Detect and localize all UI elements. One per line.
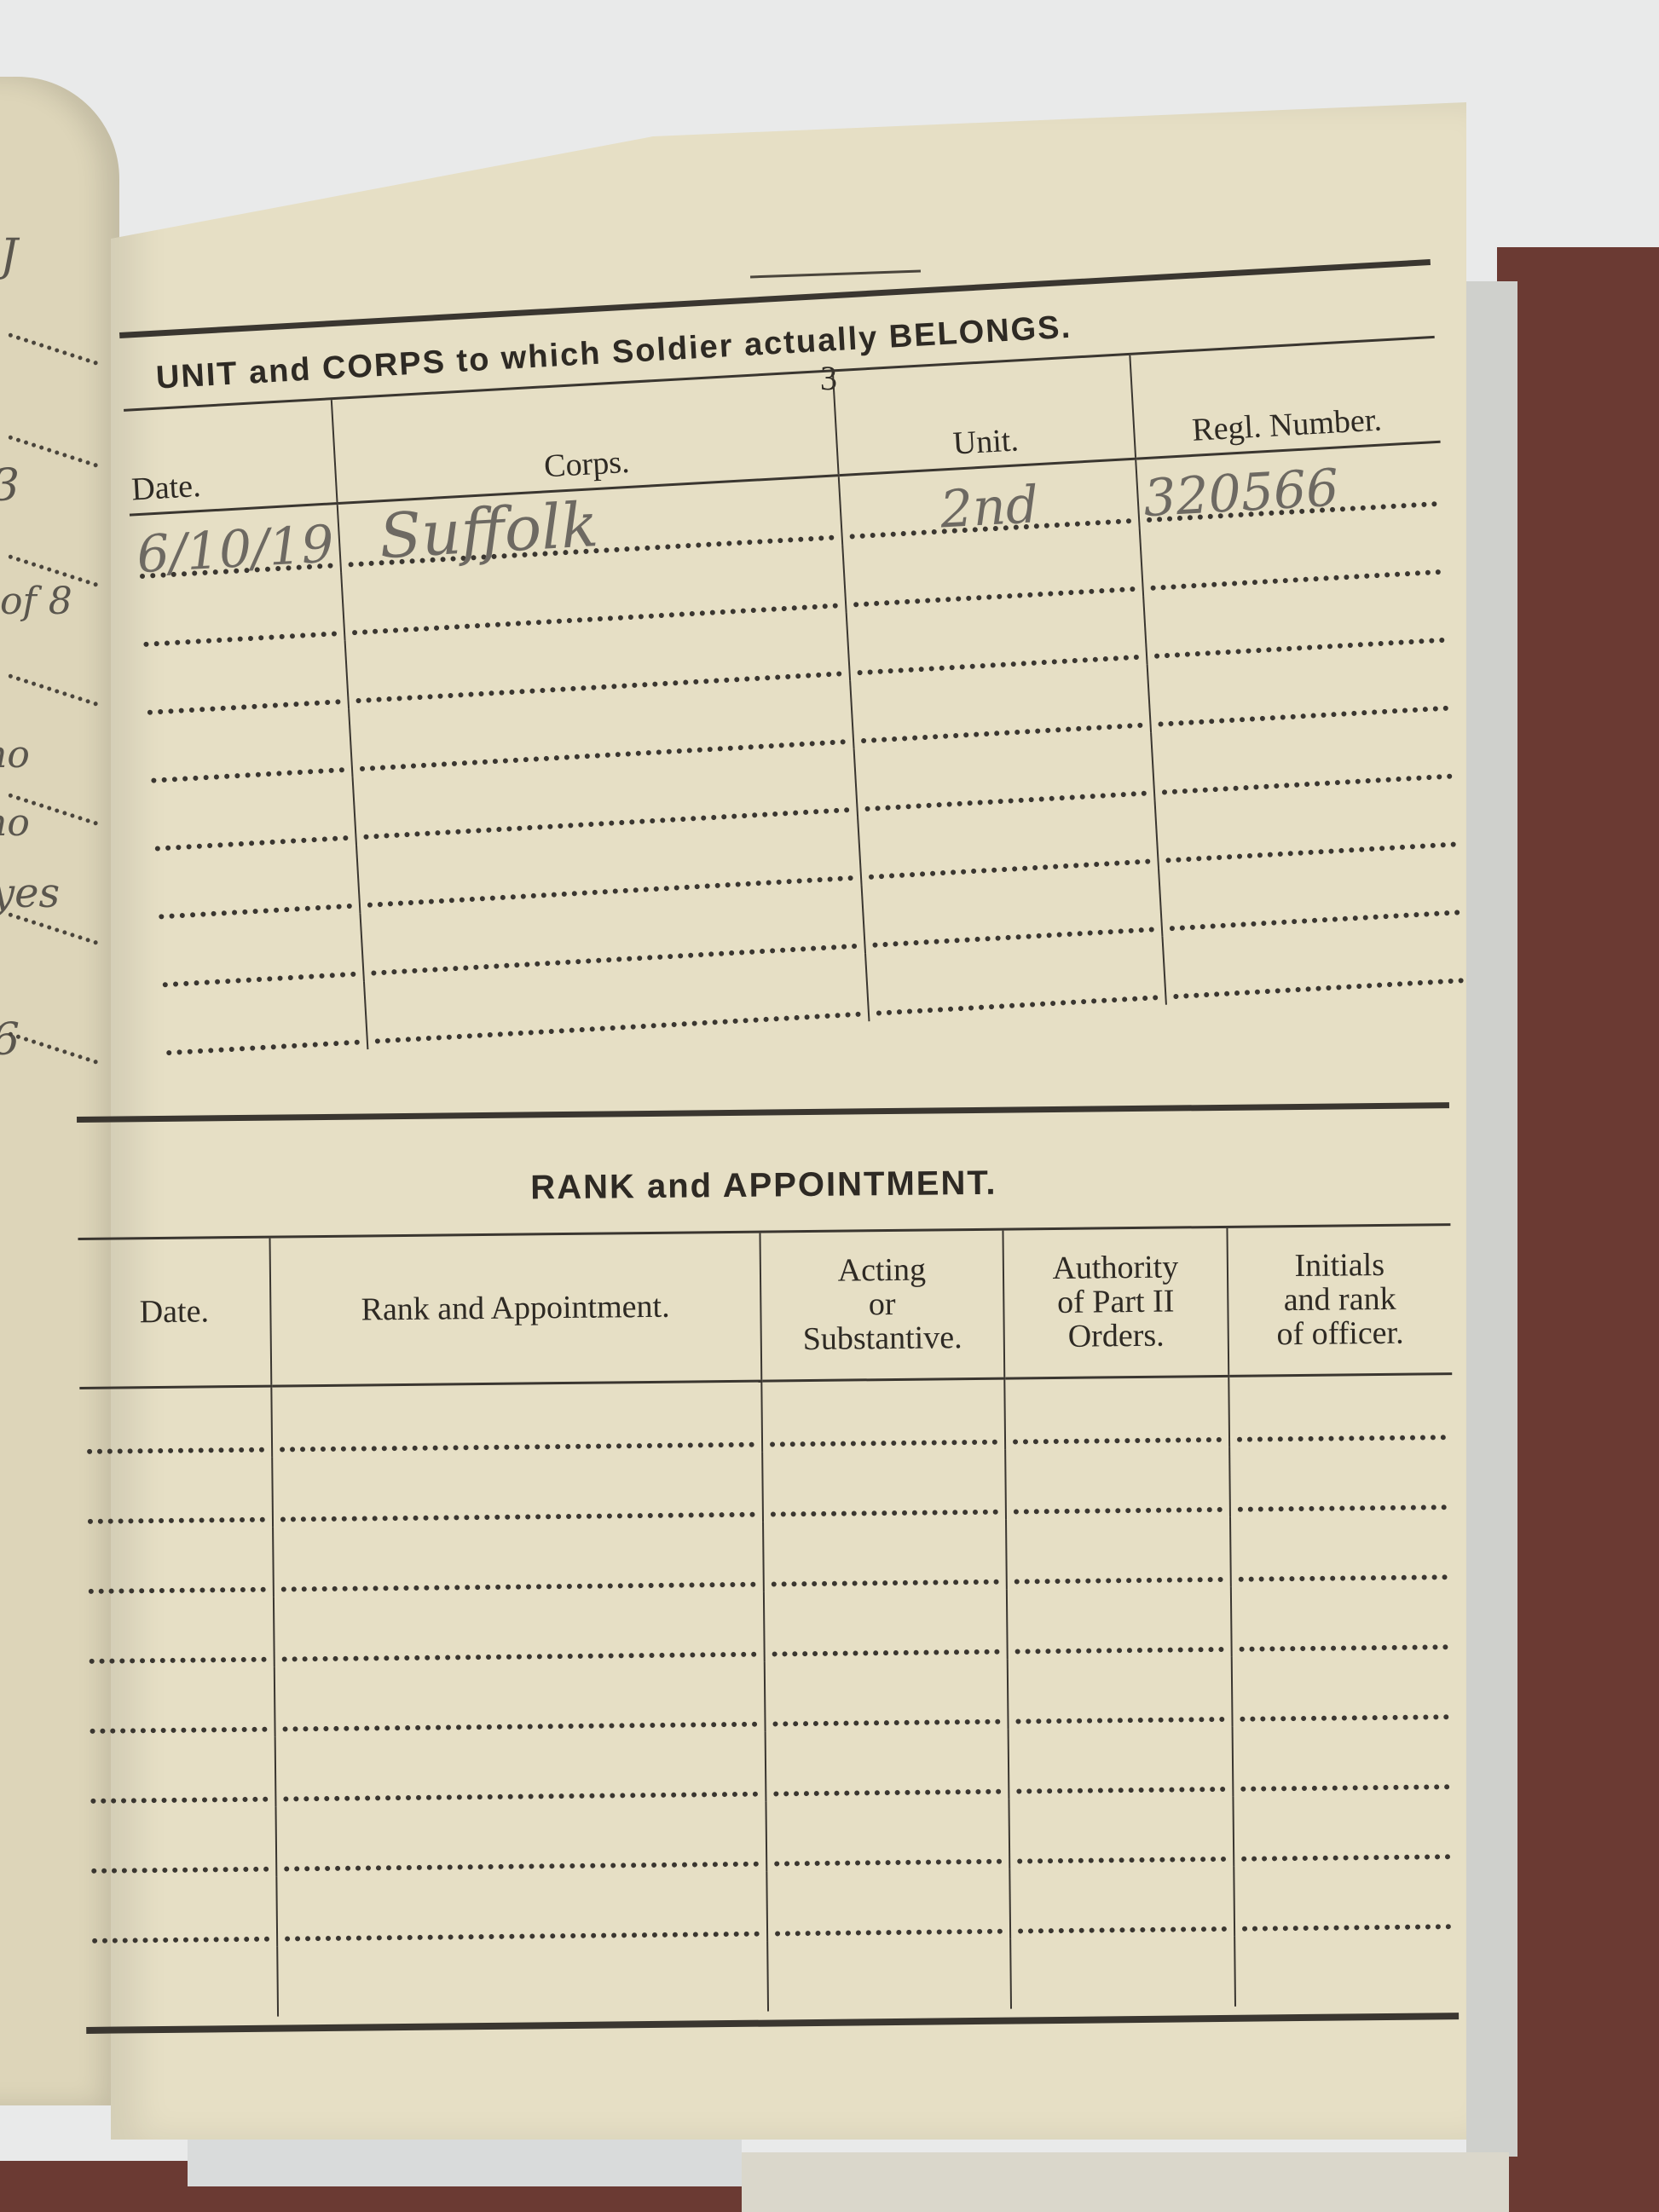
date-cell[interactable] — [148, 845, 360, 925]
dotted-line — [8, 435, 98, 468]
authority-cell[interactable] — [1008, 1657, 1232, 1730]
acting-cell[interactable] — [766, 1869, 1011, 1942]
date-cell[interactable] — [156, 981, 367, 1061]
left-handwriting: no — [0, 801, 30, 845]
date-cell[interactable] — [134, 573, 345, 653]
date-cell[interactable] — [141, 709, 352, 789]
acting-cell[interactable] — [763, 1520, 1008, 1592]
authority-cell[interactable] — [1006, 1517, 1230, 1590]
date-cell[interactable]: 6/10/19 — [130, 504, 341, 585]
header-initials: Initialsand rankof officer. — [1227, 1226, 1452, 1376]
left-handwriting: of 8 — [0, 580, 72, 623]
initials-cell[interactable] — [1234, 1864, 1458, 1937]
page-edges — [1466, 281, 1517, 2157]
left-handwriting: J — [0, 230, 18, 281]
date-cell[interactable] — [80, 1458, 273, 1529]
header-rank: Rank and Appointment. — [269, 1233, 760, 1387]
header-date: Date. — [78, 1239, 272, 1389]
rank-appointment-section: RANK and APPOINTMENT. Date. Rank and App… — [77, 1102, 1459, 2020]
left-handwriting: 6 — [0, 1014, 20, 1066]
authority-cell[interactable] — [1005, 1447, 1229, 1520]
dotted-line — [8, 332, 98, 366]
date-cell[interactable] — [145, 777, 356, 858]
acting-cell[interactable] — [762, 1450, 1007, 1522]
unit-value: 2nd — [939, 475, 1040, 540]
left-handwriting: yes — [0, 869, 60, 917]
table-header: Date. Rank and Appointment. ActingorSubs… — [78, 1226, 1453, 1388]
left-handwriting: 3 — [0, 460, 20, 511]
authority-cell[interactable] — [1010, 1867, 1234, 1939]
rank-cell[interactable] — [273, 1522, 764, 1597]
header-authority: Authorityof Part IIOrders. — [1003, 1228, 1228, 1378]
dotted-line — [8, 1031, 98, 1065]
under-strip — [188, 2135, 742, 2186]
date-cell[interactable] — [84, 1737, 276, 1809]
rank-cell[interactable] — [275, 1802, 766, 1877]
book-cover — [1497, 247, 1659, 2212]
acting-cell[interactable] — [763, 1590, 1008, 1662]
date-cell[interactable] — [79, 1386, 272, 1459]
acting-cell[interactable] — [765, 1730, 1009, 1802]
date-cell[interactable] — [83, 1667, 275, 1739]
rank-cell[interactable] — [275, 1732, 766, 1807]
header-date: Date. — [124, 400, 338, 515]
date-cell[interactable] — [82, 1597, 275, 1669]
initials-cell[interactable] — [1230, 1585, 1454, 1657]
date-cell[interactable] — [81, 1528, 274, 1599]
unit-corps-section: UNIT and CORPS to which Soldier actually… — [119, 259, 1475, 1124]
initials-cell[interactable] — [1233, 1794, 1457, 1867]
header-acting: ActingorSubstantive. — [760, 1231, 1004, 1381]
rank-cell[interactable] — [275, 1662, 766, 1737]
regl-number-value: 320566 — [1142, 459, 1340, 529]
date-value: 6/10/19 — [136, 514, 336, 585]
unit-corps-table: Date. Corps. Unit. Regl. Number. 6/10/19… — [124, 338, 1471, 1061]
initials-cell[interactable] — [1232, 1724, 1456, 1797]
rank-cell[interactable] — [272, 1453, 763, 1528]
initials-cell[interactable] — [1230, 1515, 1454, 1587]
corps-value: Suffolk — [344, 488, 600, 574]
left-handwriting: no — [0, 733, 30, 777]
authority-cell[interactable] — [1009, 1797, 1234, 1869]
initials-cell[interactable] — [1231, 1655, 1455, 1727]
authority-cell[interactable] — [1007, 1587, 1231, 1660]
authority-cell[interactable] — [1005, 1376, 1229, 1449]
date-cell[interactable] — [84, 1807, 277, 1879]
dotted-line — [8, 673, 98, 707]
acting-cell[interactable] — [766, 1799, 1010, 1872]
rank-cell[interactable] — [276, 1872, 767, 1947]
rank-appointment-table: Date. Rank and Appointment. ActingorSubs… — [78, 1226, 1459, 2019]
rank-appointment-title: RANK and APPOINTMENT. — [77, 1108, 1450, 1238]
authority-cell[interactable] — [1009, 1727, 1233, 1799]
date-cell[interactable] — [137, 641, 349, 721]
date-cell[interactable] — [84, 1877, 277, 1949]
header-unit: Unit. — [833, 355, 1136, 476]
table-spacer — [85, 1934, 1459, 2019]
under-strip — [742, 2152, 1509, 2212]
initials-cell[interactable] — [1228, 1374, 1453, 1447]
acting-cell[interactable] — [764, 1660, 1009, 1732]
rank-cell[interactable] — [274, 1592, 765, 1667]
rank-cell[interactable] — [271, 1381, 762, 1458]
initials-cell[interactable] — [1229, 1445, 1454, 1517]
top-rule — [750, 270, 921, 279]
date-cell[interactable] — [153, 913, 364, 993]
acting-cell[interactable] — [761, 1378, 1006, 1452]
header-regl-number: Regl. Number. — [1130, 338, 1441, 459]
